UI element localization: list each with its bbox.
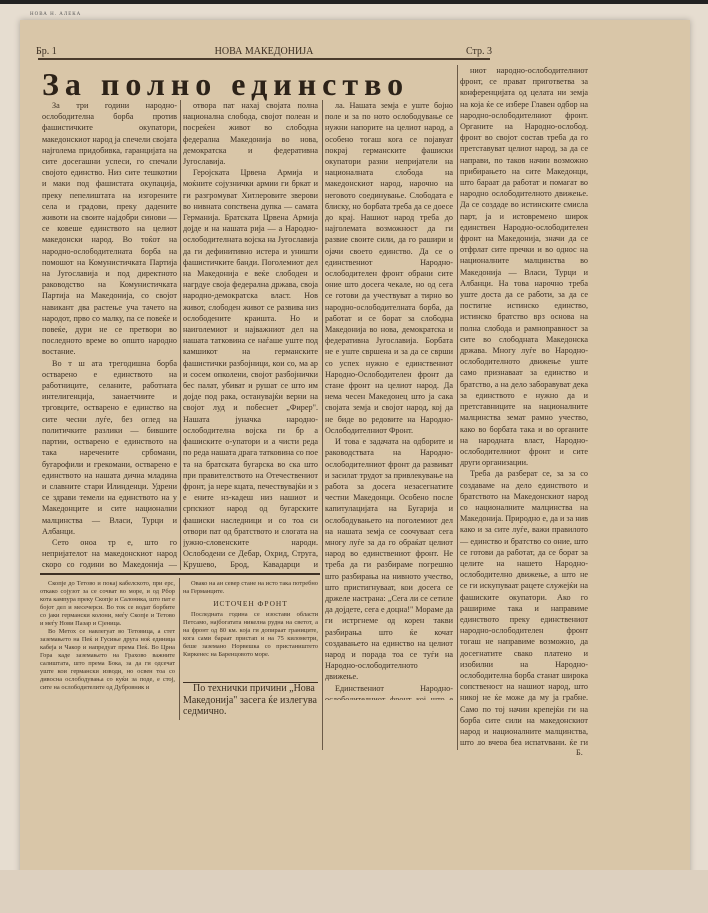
section-rule	[40, 573, 320, 575]
article-column-4: ниот народно-ослободителниот фронт, се п…	[460, 65, 588, 745]
column-divider	[179, 578, 180, 720]
article-column-1: За три години народно-ослободителна борб…	[42, 100, 177, 570]
paragraph: Во т ш ата трегодишна борба остварено е …	[42, 358, 177, 537]
article-signature: Б.	[576, 748, 583, 757]
paragraph: Треба да разберат се, за за со создаваме…	[460, 468, 588, 745]
publication-notice: По технички причини „Нова Македонија" за…	[183, 682, 318, 717]
column-divider	[457, 65, 458, 750]
paragraph: И това е задачата на одборите и раководс…	[325, 436, 453, 682]
paragraph: ла. Нашата земја е уште бојно поле и за …	[325, 100, 453, 436]
paragraph: ниот народно-ослободителниот фронт, се п…	[460, 65, 588, 468]
backdrop-label: НОВА Н. АЛЕКА	[30, 12, 81, 17]
news-note-left: Скопје до Тетово и покај кабелското, при…	[40, 580, 175, 760]
paragraph: За три години народно-ослободителна борб…	[42, 100, 177, 358]
note-heading: ИСТОЧЕН ФРОНТ	[183, 600, 318, 608]
newspaper-title: НОВА МАКЕДОНИЈА	[36, 46, 492, 57]
paragraph: Сето оноа тр е, што го непријателот на м…	[42, 537, 177, 570]
page-bottom-margin	[0, 870, 708, 913]
column-divider	[322, 100, 323, 750]
note-body: Последната година се изостави области Пе…	[183, 611, 318, 659]
column-divider	[180, 100, 181, 570]
article-headline: За полно единство	[42, 66, 372, 103]
paragraph: отвора пат нахај својата полна националн…	[183, 100, 318, 167]
article-column-3: ла. Нашата земја е уште бојно поле и за …	[325, 100, 453, 700]
masthead: Бр. 1 НОВА МАКЕДОНИЈА Стр. 3	[36, 46, 492, 58]
notice-text: По технички причини „Нова Македонија" за…	[183, 683, 318, 718]
backdrop-top-edge	[0, 0, 708, 4]
masthead-rule	[38, 58, 490, 60]
article-column-2: отвора пат нахај својата полна националн…	[183, 100, 318, 570]
page-number: Стр. 3	[466, 46, 492, 57]
note-intro: Овако на ан север стане на исто така пот…	[183, 580, 318, 596]
note-paragraph: Скопје до Тетово и покај кабелското, при…	[40, 580, 175, 628]
note-paragraph: Во Метох се навлегуат во Тетовица, а сте…	[40, 628, 175, 692]
paragraph: Единствениот Народно-ослободителниот фро…	[325, 683, 453, 700]
news-note-right: Овако на ан север стане на исто така пот…	[183, 580, 318, 680]
paragraph: Геројската Црвена Армија и моќните сојуз…	[183, 167, 318, 570]
